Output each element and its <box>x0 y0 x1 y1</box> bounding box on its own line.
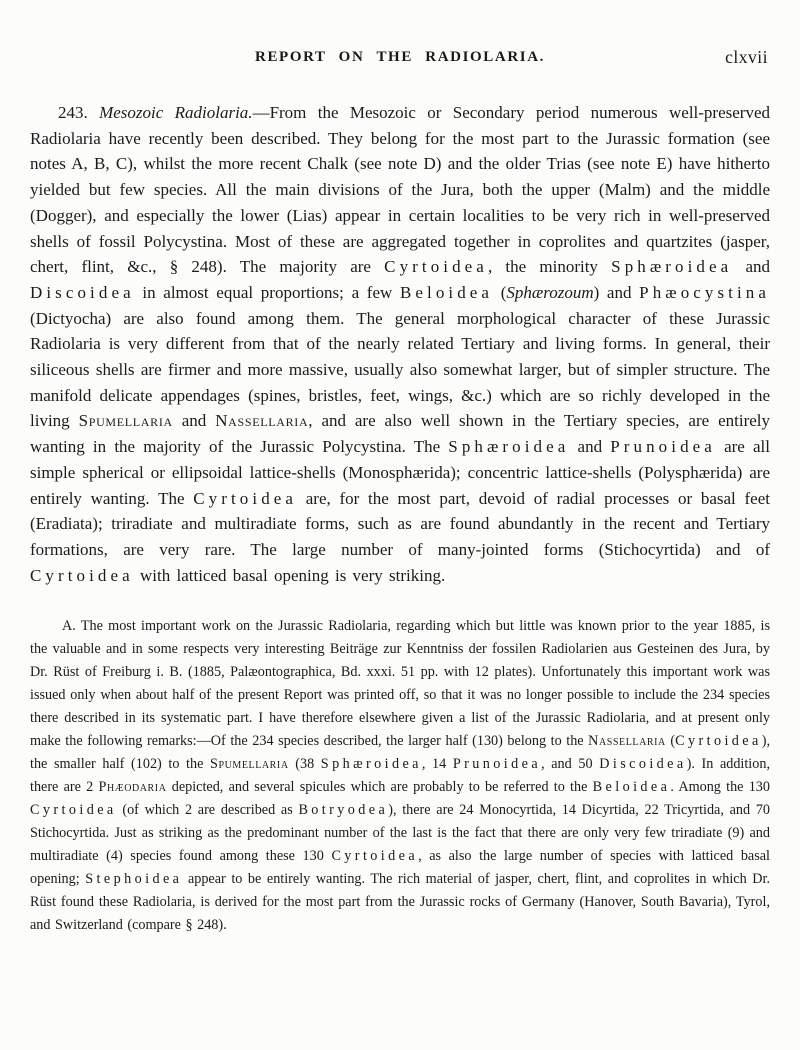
text-segment: Spumellaria <box>210 756 289 772</box>
text-segment: Cyrtoidea <box>193 489 297 508</box>
text-segment: Phæodaria <box>98 779 166 795</box>
text-segment: Beloidea <box>593 779 671 795</box>
text-segment: in almost equal proportions; a few <box>135 283 400 302</box>
text-segment: (of which 2 are described as <box>117 802 299 818</box>
text-segment: —From the Mesozoic or Secondary period n… <box>30 103 770 276</box>
footnote-paragraph: A. The most important work on the Jurass… <box>30 615 770 937</box>
text-segment: Cyrtoidea <box>30 802 117 818</box>
text-segment: Prunoidea <box>610 437 716 456</box>
scanned-book-page: REPORT ON THE RADIOLARIA. clxvii 243. Me… <box>0 0 800 1050</box>
text-segment: Sphæroidea <box>611 257 732 276</box>
text-segment: Prunoidea <box>453 756 541 772</box>
page-title: REPORT ON THE RADIOLARIA. <box>30 49 770 66</box>
text-segment: , 14 <box>422 756 453 772</box>
text-segment: A. The most important work on the Jurass… <box>30 618 770 749</box>
text-segment: Nassellaria <box>588 733 666 749</box>
text-segment: Cyrtoidea <box>384 257 488 276</box>
text-segment: with latticed basal opening is very stri… <box>134 566 445 585</box>
text-segment: ( <box>666 733 675 749</box>
text-segment: Stephoidea <box>85 871 182 887</box>
text-segment: (38 <box>289 756 321 772</box>
text-segment: Discoidea <box>30 283 135 302</box>
text-segment: Phæocystina <box>639 283 770 302</box>
text-segment: Sphæroidea <box>321 756 422 772</box>
text-segment: Cyrtoidea <box>675 733 762 749</box>
text-segment: Beloidea <box>400 283 493 302</box>
main-paragraph: 243. Mesozoic Radiolaria.—From the Mesoz… <box>30 100 770 588</box>
text-segment: , the minority <box>488 257 611 276</box>
text-segment: Sphæroidea <box>448 437 569 456</box>
page-number: clxvii <box>725 47 768 68</box>
text-segment: Spumellaria <box>79 411 173 430</box>
text-segment: . Among the 130 <box>670 779 770 795</box>
text-segment: and <box>173 411 215 430</box>
text-segment: 243. <box>58 103 99 122</box>
text-segment: , and 50 <box>541 756 599 772</box>
text-segment: Botryodea <box>298 802 388 818</box>
text-segment: Nassellaria <box>215 411 308 430</box>
text-segment: ) and <box>594 283 640 302</box>
running-head: REPORT ON THE RADIOLARIA. clxvii <box>30 0 770 69</box>
text-segment: Discoidea <box>599 756 686 772</box>
page-content: REPORT ON THE RADIOLARIA. clxvii 243. Me… <box>30 0 770 937</box>
text-segment: ( <box>493 283 506 302</box>
text-segment: and <box>569 437 610 456</box>
text-segment: Cyrtoidea <box>30 566 134 585</box>
text-segment: Cyrtoidea <box>331 848 418 864</box>
text-segment: depicted, and several spicules which are… <box>167 779 593 795</box>
text-segment: Mesozoic Radiolaria. <box>99 103 252 122</box>
text-segment: and <box>732 257 770 276</box>
text-segment: Sphærozoum <box>506 283 593 302</box>
